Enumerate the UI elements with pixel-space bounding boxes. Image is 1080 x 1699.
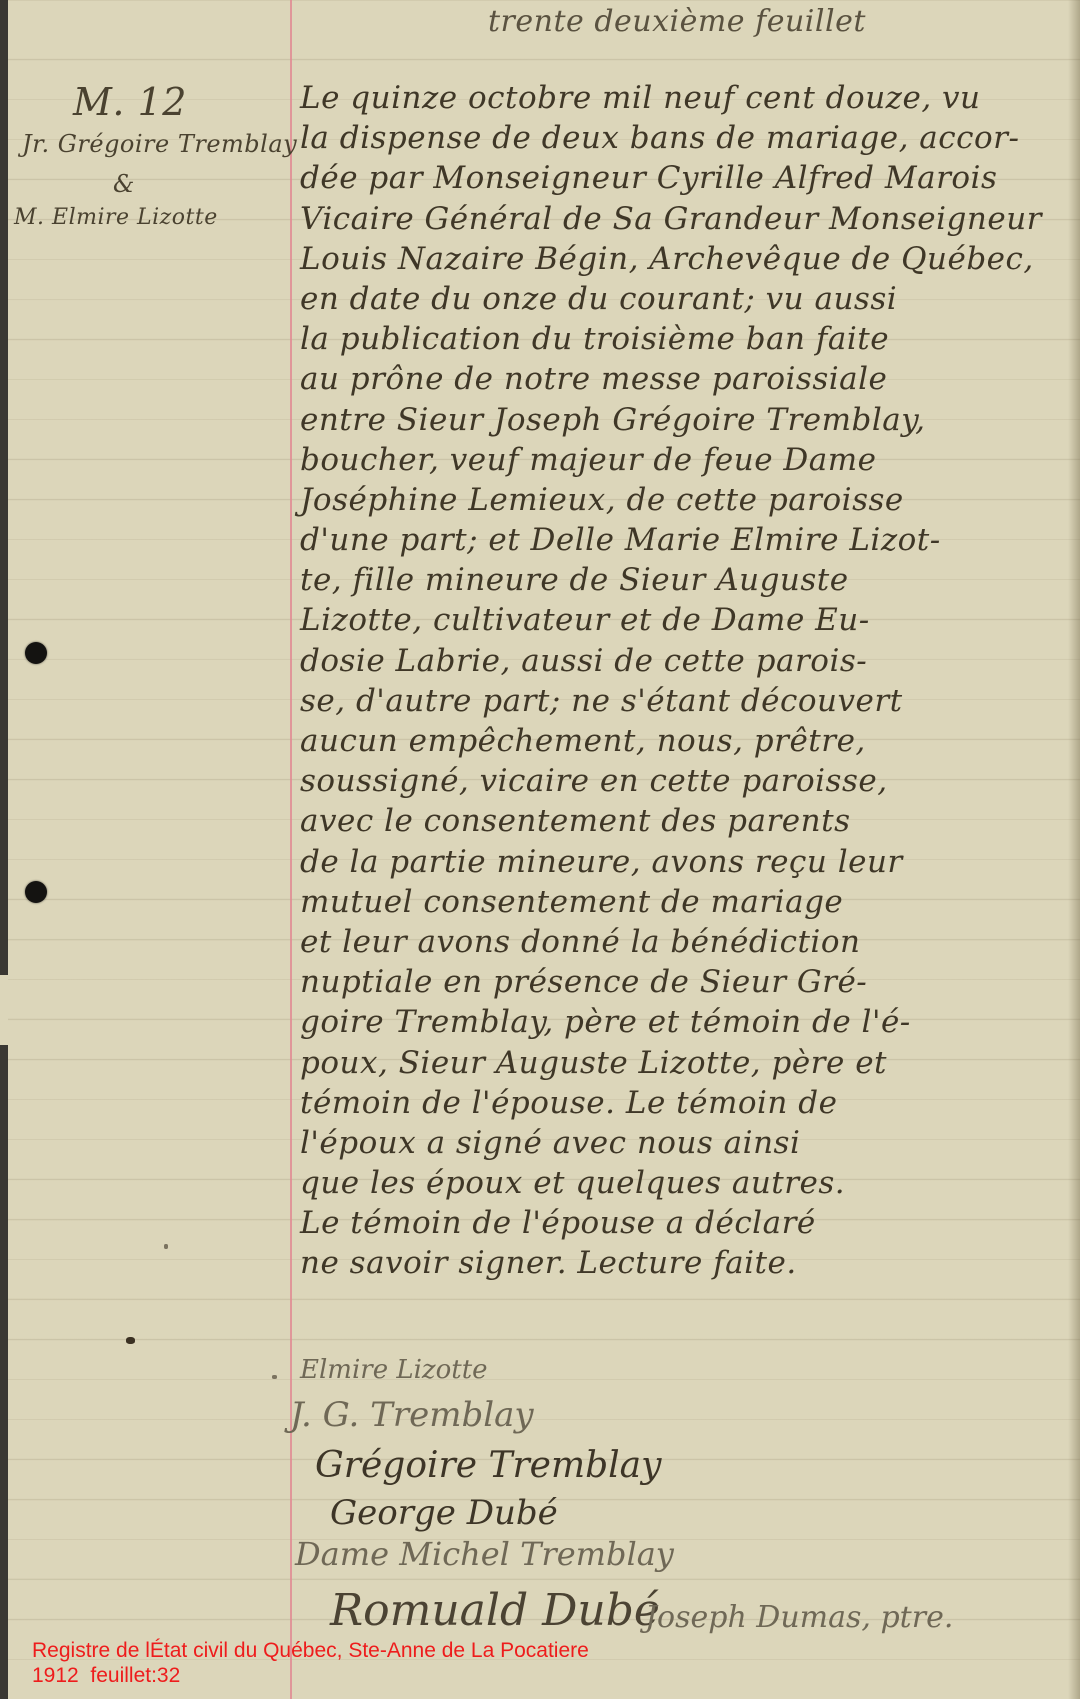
record-line: ne savoir signer. Lecture faite. <box>300 1243 1070 1283</box>
record-line: Louis Nazaire Bégin, Archevêque de Québe… <box>300 239 1070 279</box>
signature-witness: Dame Michel Tremblay <box>295 1535 674 1573</box>
margin-groom-name: Jr. Grégoire Tremblay <box>22 130 297 158</box>
record-line: poux, Sieur Auguste Lizotte, père et <box>300 1043 1070 1083</box>
signature-groom: J. G. Tremblay <box>290 1395 534 1435</box>
record-line: soussigné, vicaire en cette paroisse, <box>300 761 1070 801</box>
archive-caption: Registre de lÉtat civil du Québec, Ste-A… <box>32 1638 589 1688</box>
record-line: Vicaire Général de Sa Grandeur Monseigne… <box>300 199 1070 239</box>
ink-speck <box>272 1375 277 1379</box>
punch-hole-bottom <box>25 881 47 903</box>
signature-witness: Romuald Dubé <box>330 1585 660 1636</box>
signature-block: Elmire Lizotte J. G. Tremblay Grégoire T… <box>290 1355 1070 1675</box>
margin-bride-name: M. Elmire Lizotte <box>14 205 218 230</box>
record-line: au prône de notre messe paroissiale <box>300 359 1070 399</box>
punch-hole-top <box>25 642 47 664</box>
signature-priest: Joseph Dumas, ptre. <box>645 1600 953 1635</box>
record-line: boucher, veuf majeur de feue Dame <box>300 440 1070 480</box>
record-line: en date du onze du courant; vu aussi <box>300 279 1070 319</box>
record-line: se, d'autre part; ne s'étant découvert <box>300 681 1070 721</box>
marriage-record-text: Le quinze octobre mil neuf cent douze, v… <box>300 78 1070 1284</box>
record-line: nuptiale en présence de Sieur Gré- <box>300 962 1070 1002</box>
record-line: et leur avons donné la bénédiction <box>300 922 1070 962</box>
ink-speck <box>126 1337 135 1344</box>
record-line: la dispense de deux bans de mariage, acc… <box>300 118 1070 158</box>
record-line: témoin de l'épouse. Le témoin de <box>300 1083 1070 1123</box>
caption-year-folio: 1912 feuillet:32 <box>32 1663 589 1688</box>
margin-ampersand: & <box>113 170 135 198</box>
record-line: aucun empêchement, nous, prêtre, <box>300 721 1070 761</box>
ink-speck <box>164 1244 168 1249</box>
record-line: la publication du troisième ban faite <box>300 319 1070 359</box>
record-line: de la partie mineure, avons reçu leur <box>300 842 1070 882</box>
record-line: que les époux et quelques autres. <box>300 1163 1070 1203</box>
signature-bride: Elmire Lizotte <box>300 1355 488 1385</box>
caption-source: Registre de lÉtat civil du Québec, Ste-A… <box>32 1638 589 1663</box>
register-page: trente deuxième feuillet M. 12 Jr. Grégo… <box>8 0 1080 1699</box>
record-line: Le témoin de l'épouse a déclaré <box>300 1203 1070 1243</box>
record-line: avec le consentement des parents <box>300 801 1070 841</box>
record-line: Le quinze octobre mil neuf cent douze, v… <box>300 78 1070 118</box>
folio-header-note: trente deuxième feuillet <box>488 4 866 39</box>
entry-number: M. 12 <box>73 80 187 124</box>
record-line: te, fille mineure de Sieur Auguste <box>300 560 1070 600</box>
record-line: dosie Labrie, aussi de cette parois- <box>300 641 1070 681</box>
signature-witness: George Dubé <box>330 1493 558 1533</box>
signature-witness-father: Grégoire Tremblay <box>315 1445 661 1486</box>
record-line: entre Sieur Joseph Grégoire Tremblay, <box>300 400 1070 440</box>
record-line: d'une part; et Delle Marie Elmire Lizot- <box>300 520 1070 560</box>
record-line: l'époux a signé avec nous ainsi <box>300 1123 1070 1163</box>
record-line: mutuel consentement de mariage <box>300 882 1070 922</box>
record-line: goire Tremblay, père et témoin de l'é- <box>300 1002 1070 1042</box>
page-binding-edge <box>0 0 8 1699</box>
record-line: Joséphine Lemieux, de cette paroisse <box>300 480 1070 520</box>
record-line: Lizotte, cultivateur et de Dame Eu- <box>300 600 1070 640</box>
record-line: dée par Monseigneur Cyrille Alfred Maroi… <box>300 158 1070 198</box>
